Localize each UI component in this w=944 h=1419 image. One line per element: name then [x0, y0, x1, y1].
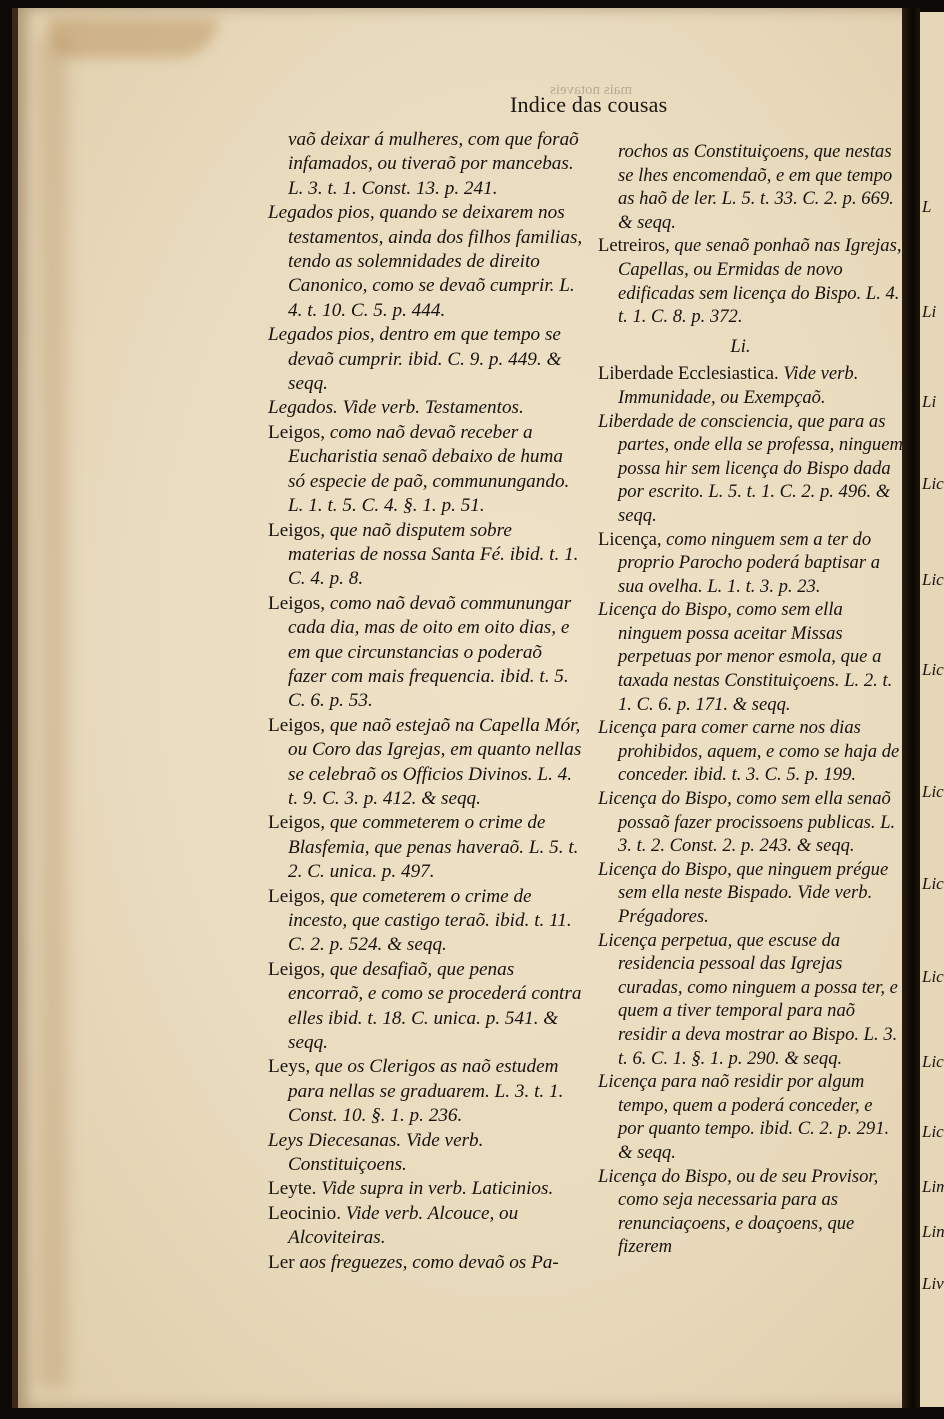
next-page-fragment: Linh: [922, 1222, 944, 1242]
index-entry: Licença do Bispo, como sem ella ninguem …: [598, 598, 903, 716]
water-stain: [48, 18, 218, 58]
index-entry: Leigos, como naõ devaõ receber a Euchari…: [268, 421, 583, 519]
edge-stain: [38, 38, 68, 1388]
entry-headword: Leigos: [268, 959, 320, 980]
entry-headword: Licença do Bispo: [598, 599, 727, 620]
index-entry: Letreiros, que senaõ ponhaõ nas Igrejas,…: [598, 234, 903, 328]
next-page-fragment: L: [922, 197, 931, 217]
entry-headword: Leigos: [268, 520, 320, 541]
index-entry: Licença para naõ residir por algum tempo…: [598, 1070, 903, 1164]
entry-text: , que naõ estejaõ na Capella Mór, ou Cor…: [288, 715, 581, 809]
entry-headword: Leigos: [268, 812, 320, 833]
entry-headword: Licença: [598, 529, 657, 550]
next-page-fragment: Lic: [922, 782, 944, 802]
entry-headword: Liberdade Ecclesiastica.: [598, 363, 779, 384]
index-entry: Licença do Bispo, como sem ella senaõ po…: [598, 787, 903, 858]
entry-headword: Ler: [268, 1252, 295, 1273]
next-page-fragment: Li: [922, 302, 936, 322]
entry-text: , que naõ disputem sobre materias de nos…: [288, 520, 578, 590]
entry-text: rochos as Constituiçoens, que nestas se …: [618, 141, 894, 233]
entry-text: Vide supra in verb. Laticinios.: [316, 1178, 553, 1199]
index-entry: Leigos, como naõ devaõ communungar cada …: [268, 592, 583, 714]
entry-headword: Leigos: [268, 715, 320, 736]
entry-headword: Leigos: [268, 422, 320, 443]
left-column: vaõ deixar á mulheres, com que foraõ inf…: [268, 128, 583, 1275]
entry-headword: Licença do Bispo: [598, 859, 727, 880]
index-entry: Leigos, que cometerem o crime de incesto…: [268, 885, 583, 958]
entry-headword: Letreiros: [598, 235, 665, 256]
entry-text: , que desafiaõ, que penas encorraõ, e co…: [288, 959, 581, 1053]
index-entry: Licença do Bispo, que ninguem prégue sem…: [598, 858, 903, 929]
index-entry: Leys, que os Clerigos as naõ estudem par…: [268, 1055, 583, 1128]
right-column: rochos as Constituiçoens, que nestas se …: [598, 140, 903, 1259]
entry-headword: Licença para naõ residir: [598, 1071, 783, 1092]
next-page-fragment: Lice: [922, 1122, 944, 1142]
next-page-fragment: Li: [922, 392, 936, 412]
index-entry: Liberdade Ecclesiastica. Vide verb. Immu…: [598, 362, 903, 409]
entry-headword: Licença do Bispo: [598, 788, 727, 809]
next-page-fragment: Lic: [922, 570, 944, 590]
next-page-fragment: Lic: [922, 874, 944, 894]
index-entry: Leocinio. Vide verb. Alcouce, ou Alcovit…: [268, 1202, 583, 1251]
entry-headword: Licença do Bispo: [598, 1166, 727, 1187]
index-entry: Legados pios, dentro em que tempo se dev…: [268, 323, 583, 396]
index-entry: Legados. Vide verb. Testamentos.: [268, 396, 583, 420]
index-entry: Licença do Bispo, ou de seu Provisor, co…: [598, 1165, 903, 1259]
entry-text: , que cometerem o crime de incesto, que …: [288, 886, 572, 956]
entry-text: Vide verb. Testamentos.: [338, 397, 524, 418]
index-entry: Licença, como ninguem sem a ter do propr…: [598, 528, 903, 599]
next-page-fragment: Lice: [922, 967, 944, 987]
entry-headword: Licença para comer carne: [598, 717, 795, 738]
index-entry: Liberdade de consciencia, que para as pa…: [598, 410, 903, 528]
entry-text: , como naõ devaõ receber a Eucharistia s…: [288, 422, 569, 516]
entry-headword: Legados pios: [268, 324, 370, 345]
next-page-fragment: Limp: [922, 1177, 944, 1197]
entry-headword: Legados pios: [268, 202, 370, 223]
index-entry: Leigos, que commeterem o crime de Blasfe…: [268, 811, 583, 884]
index-entry: vaõ deixar á mulheres, com que foraõ inf…: [268, 128, 583, 201]
entry-headword: Leys Diecesanas.: [268, 1130, 401, 1151]
next-page-fragment: Livra: [922, 1274, 944, 1294]
running-header: Indice das cousas: [510, 92, 667, 118]
next-page-edge: LLiLiLicLicLicLicLicLiceLiceLiceLimpLinh…: [920, 12, 944, 1407]
index-entry: Leyte. Vide supra in verb. Laticinios.: [268, 1177, 583, 1201]
entry-text: , como naõ devaõ communungar cada dia, m…: [288, 593, 571, 712]
entry-text: , que os Clerigos as naõ estudem para ne…: [288, 1056, 563, 1126]
entry-headword: Legados.: [268, 397, 338, 418]
index-entry: Licença para comer carne nos dias prohib…: [598, 716, 903, 787]
section-letter: Li.: [598, 335, 903, 359]
index-entry: Leigos, que naõ disputem sobre materias …: [268, 519, 583, 592]
index-entry: Licença perpetua, que escuse da residenc…: [598, 929, 903, 1071]
entry-text: vaõ deixar á mulheres, com que foraõ inf…: [288, 129, 579, 199]
next-page-fragment: Lic: [922, 660, 944, 680]
entry-headword: Leocinio.: [268, 1203, 341, 1224]
entry-headword: Leyte.: [268, 1178, 316, 1199]
index-entry: rochos as Constituiçoens, que nestas se …: [598, 140, 903, 234]
entry-headword: Leigos: [268, 886, 320, 907]
entry-text: aos freguezes, como devaõ os Pa-: [295, 1252, 559, 1273]
entry-headword: Liberdade de consciencia: [598, 411, 788, 432]
entry-headword: Licença perpetua: [598, 930, 728, 951]
index-entry: Ler aos freguezes, como devaõ os Pa-: [268, 1251, 583, 1275]
entry-headword: Leigos: [268, 593, 320, 614]
index-entry: Leigos, que desafiaõ, que penas encorraõ…: [268, 958, 583, 1056]
next-page-fragment: Lic: [922, 474, 944, 494]
index-entry: Leys Diecesanas. Vide verb. Constituiçoe…: [268, 1129, 583, 1178]
entry-headword: Leys: [268, 1056, 305, 1077]
next-page-fragment: Lice: [922, 1052, 944, 1072]
index-entry: Leigos, que naõ estejaõ na Capella Mór, …: [268, 714, 583, 812]
entry-text: , que commeterem o crime de Blasfemia, q…: [288, 812, 578, 882]
index-entry: Legados pios, quando se deixarem nos tes…: [268, 201, 583, 323]
entry-text: , como ninguem sem a ter do proprio Paro…: [618, 529, 880, 597]
book-gutter: [902, 8, 920, 1408]
